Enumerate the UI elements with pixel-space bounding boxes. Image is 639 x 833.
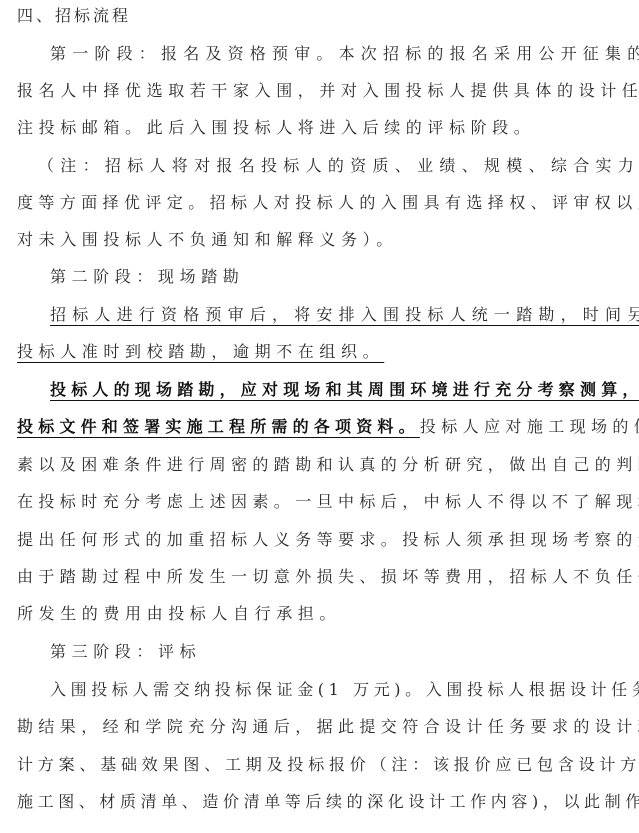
stage2-line-5: 所发生的费用由投标人自行承担。 [17,604,602,624]
stage3-line-2: 勘结果，经和学院充分沟通后，据此提交符合设计任务要求的设计理念、初步设 [17,717,602,737]
stage2-line-3: 提出任何形式的加重招标人义务等要求。投标人须承担现场考察的责任和风险， [17,530,602,550]
note1-line-2: 度等方面择优评定。招标人对投标人的入围具有选择权、评审权以及实地考察权， [17,193,602,213]
stage3-title: 第三阶段：评标 [50,642,635,662]
stage2-mixed-line: 投标文件和签署实施工程所需的各项资料。投标人应对施工现场的位置、施工因 [17,417,602,437]
stage1-line-2: 报名人中择优选取若干家入围，并对入围投标人提供具体的设计任务资料，请关 [17,81,602,101]
stage2-underlined-line-1: 招标人进行资格预审后，将安排入围投标人统一踏勘，时间另行通知。请各 [50,305,635,325]
section-title: 四、招标流程 [17,6,602,26]
stage2-title: 第二阶段：现场踏勘 [50,267,635,287]
stage2-line-2: 在投标时充分考虑上述因素。一旦中标后，中标人不得以不了解现场情况为由， [17,492,602,512]
stage2-bold-line-2: 投标文件和签署实施工程所需的各项资料。 [17,417,420,436]
stage2-bold-line-1: 投标人的现场踏勘，应对现场和其周围环境进行充分考察测算，以获取编制 [50,380,635,400]
note1-line-3: 对未入围投标人不负通知和解释义务）。 [17,230,602,250]
stage3-line-3: 计方案、基础效果图、工期及投标报价（注：该报价应已包含设计方案、效果图、 [17,755,602,775]
stage2-line-1: 素以及困难条件进行周密的踏勘和认真的分析研究，做出自己的判断和估价，并 [17,455,602,475]
stage3-line-1: 入围投标人需交纳投标保证金(1 万元)。入围投标人根据设计任务资料及踏 [50,680,635,700]
stage3-line-4: 施工图、材质清单、造价清单等后续的深化设计工作内容)，以此制作标书一正 [17,792,602,812]
stage1-line-1: 第一阶段：报名及资格预审。本次招标的报名采用公开征集的方式，在公开 [50,44,635,64]
stage2-after-bold: 投标人应对施工现场的位置、施工因 [420,417,639,436]
note1-line-1: （注：招标人将对报名投标人的资质、业绩、规模、综合实力以及市场认可 [38,156,623,176]
stage1-line-3: 注投标邮箱。此后入围投标人将进入后续的评标阶段。 [17,118,602,138]
document-page: 四、招标流程 第一阶段：报名及资格预审。本次招标的报名采用公开征集的方式，在公开… [0,0,639,833]
stage2-line-4: 由于踏勘过程中所发生一切意外损失、损坏等费用，招标人不负任何责任。踏勘 [17,567,602,587]
stage2-underlined-line-2: 投标人准时到校踏勘，逾期不在组织。 [17,342,384,362]
